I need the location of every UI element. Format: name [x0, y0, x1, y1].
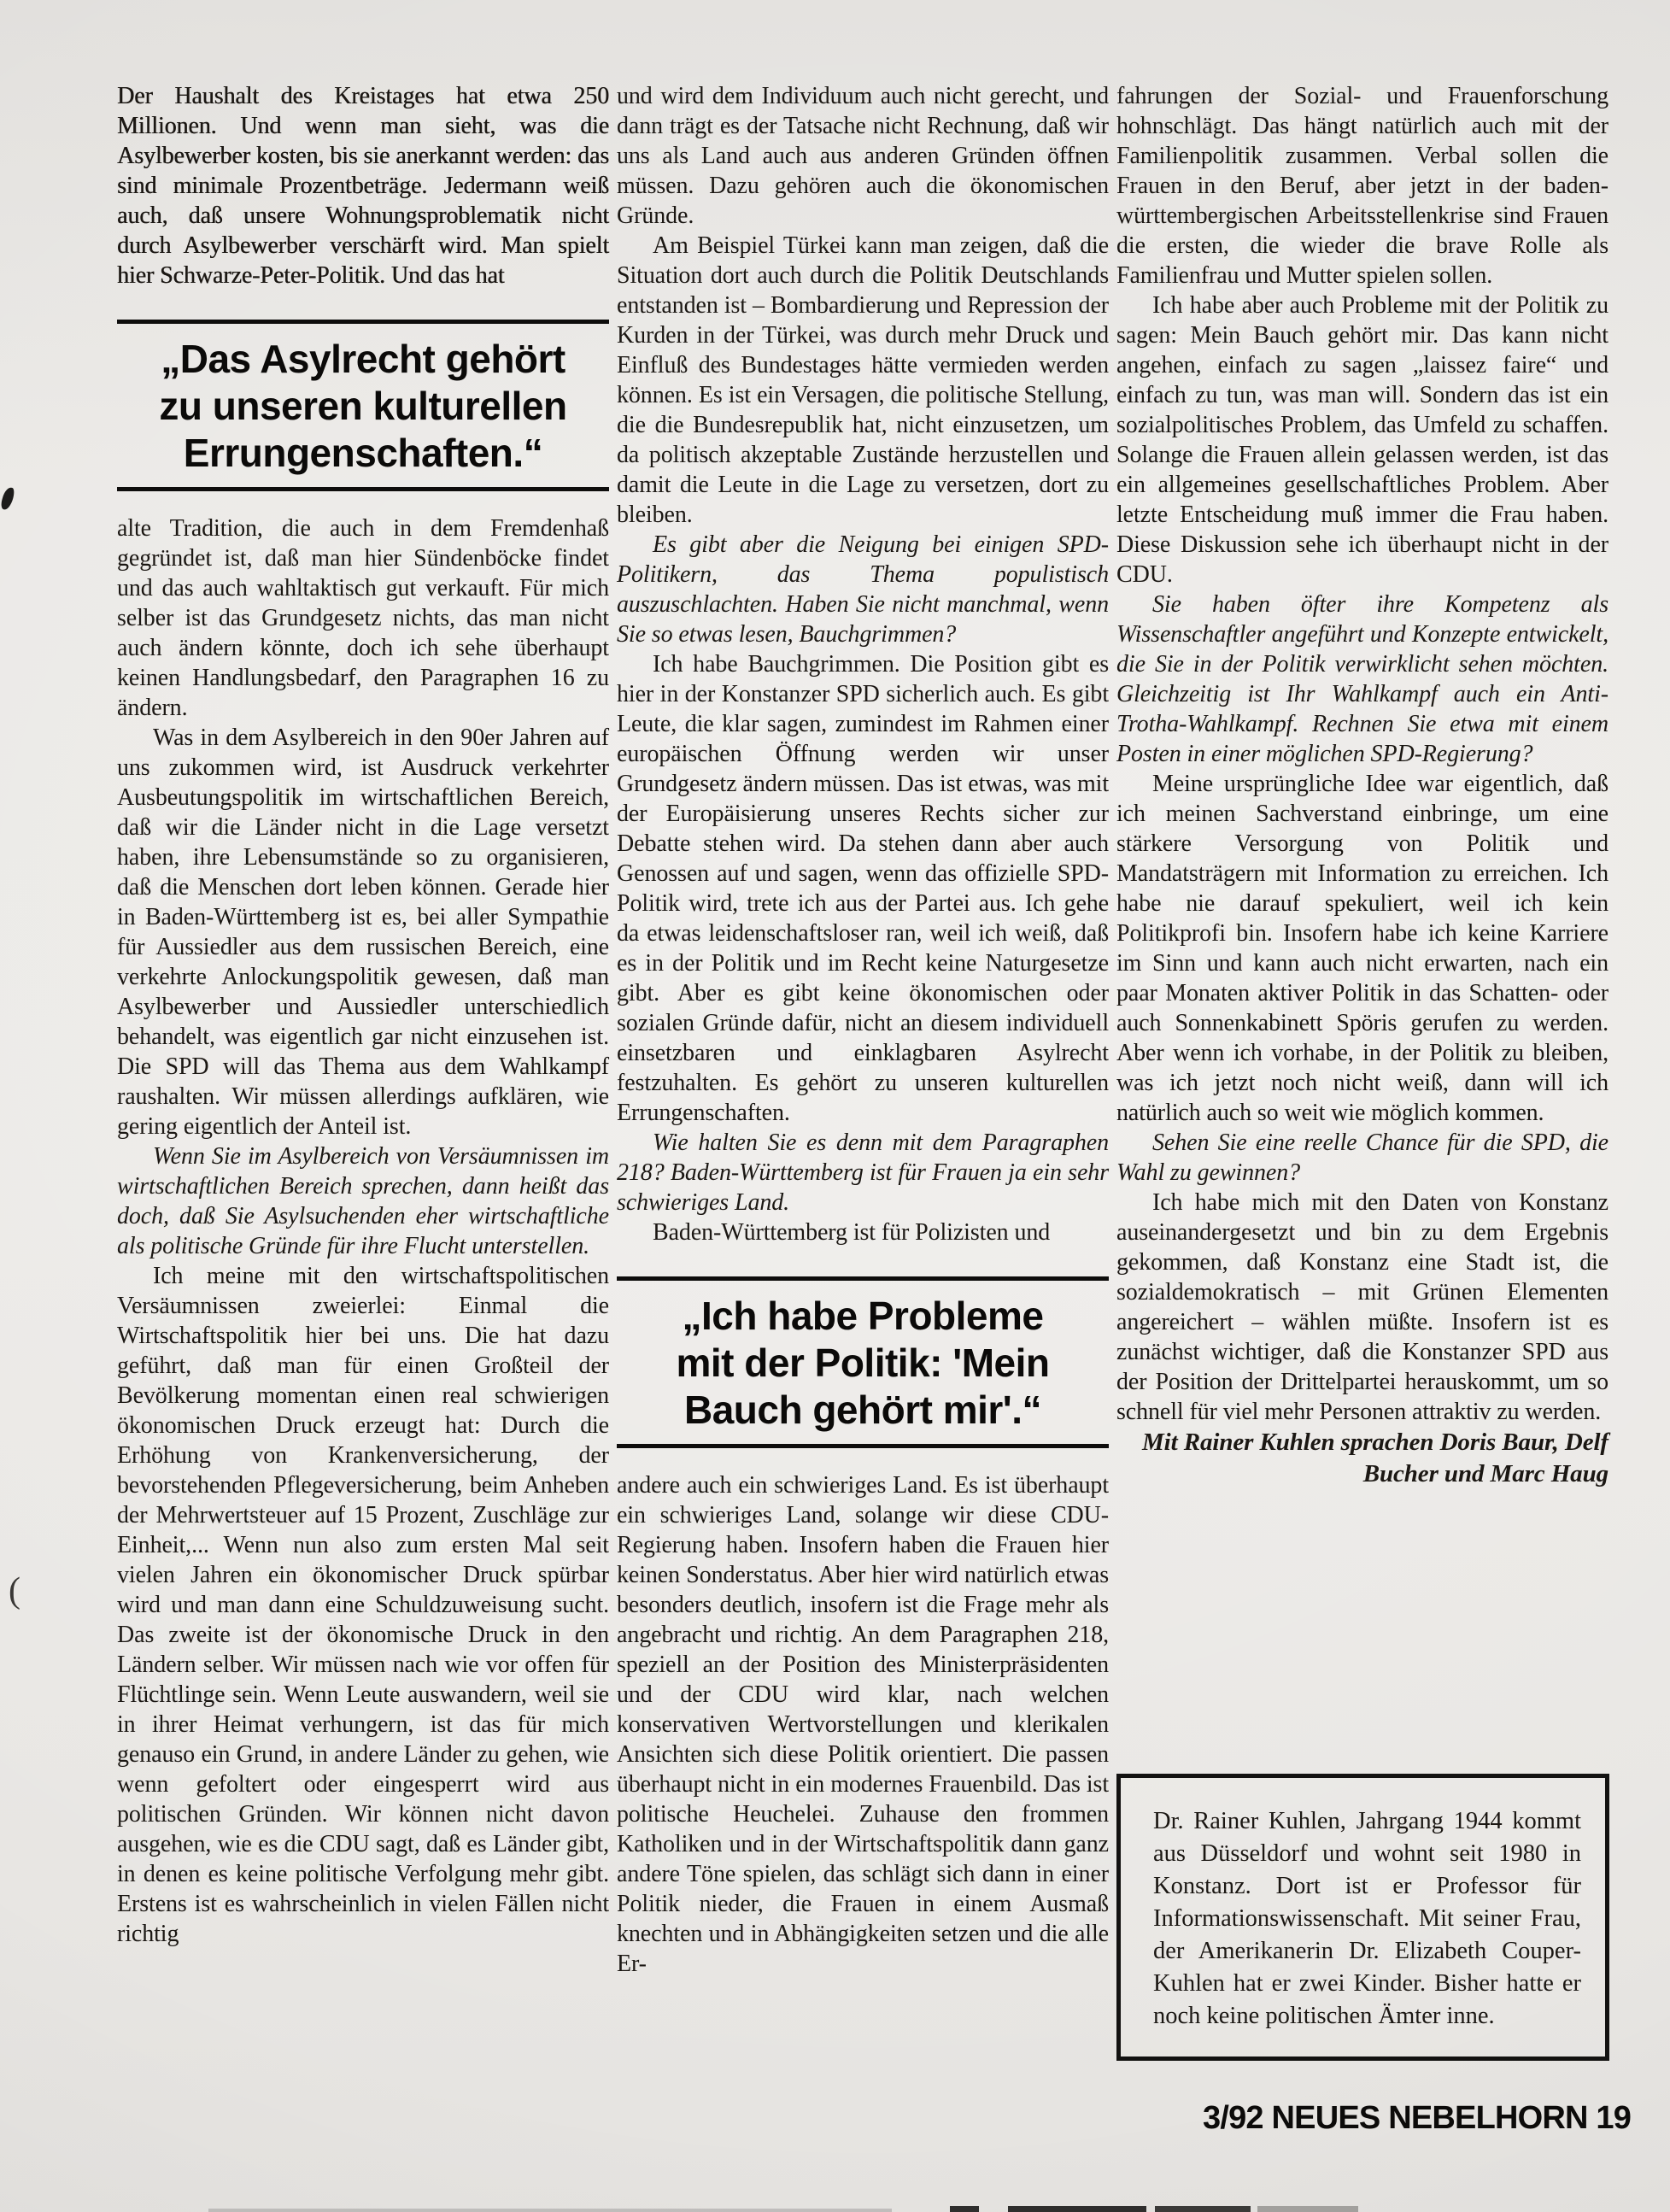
interview-question: Es gibt aber die Neigung bei einigen SPD…	[617, 530, 1109, 649]
page-footer: 3/92 NEUES NEBELHORN 19	[1203, 2100, 1631, 2137]
interview-question: Sie haben öfter ihre Kompetenz als Wisse…	[1116, 590, 1608, 769]
answer-paragraph: Meine ursprüngliche Idee war eigentlich,…	[1116, 769, 1608, 1128]
answer-paragraph: andere auch ein schwieriges Land. Es ist…	[617, 1470, 1109, 1979]
scan-blob-artifact	[0, 486, 15, 511]
answer-paragraph: fahrungen der Sozial- und Frauenforschun…	[1116, 81, 1608, 290]
answer-paragraph: Baden-Württemberg ist für Polizisten und	[617, 1217, 1109, 1247]
interview-byline: Mit Rainer Kuhlen sprachen Doris Baur, D…	[1116, 1427, 1608, 1490]
author-bio-box: Dr. Rainer Kuhlen, Jahrgang 1944 kommt a…	[1116, 1774, 1609, 2061]
scan-edge-strip	[1008, 2206, 1146, 2212]
interview-question: Wenn Sie im Asylbereich von Versäumnisse…	[117, 1141, 609, 1261]
answer-paragraph: alte Tradition, die auch in dem Fremdenh…	[117, 513, 609, 723]
text-column-3: fahrungen der Sozial- und Frauenforschun…	[1116, 81, 1608, 1490]
answer-paragraph: Am Beispiel Türkei kann man zeigen, daß …	[617, 231, 1109, 530]
answer-paragraph: Ich habe mich mit den Daten von Konstanz…	[1116, 1188, 1608, 1427]
bio-text: Dr. Rainer Kuhlen, Jahrgang 1944 kommt a…	[1153, 1808, 1581, 2029]
text-column-2: und wird dem Individuum auch nicht gerec…	[617, 81, 1109, 1979]
answer-paragraph: Was in dem Asylbereich in den 90er Jahre…	[117, 723, 609, 1141]
answer-paragraph: Ich habe aber auch Probleme mit der Poli…	[1116, 290, 1608, 590]
scan-edge-strip	[950, 2206, 979, 2212]
interview-question: Wie halten Sie es denn mit dem Paragraph…	[617, 1128, 1109, 1217]
text-column-1: Der Haushalt des Kreistages hat etwa 250…	[117, 81, 609, 1949]
answer-paragraph: und wird dem Individuum auch nicht gerec…	[617, 81, 1109, 231]
answer-paragraph: Ich habe Bauchgrimmen. Die Position gibt…	[617, 649, 1109, 1128]
scan-paren-artifact	[9, 1570, 26, 1610]
magazine-page: Der Haushalt des Kreistages hat etwa 250…	[0, 0, 1670, 2212]
answer-paragraph: Ich meine mit den wirtschaftspolitischen…	[117, 1261, 609, 1949]
scan-edge-strip	[1257, 2206, 1358, 2212]
scan-edge-strip	[208, 2209, 892, 2212]
pull-quote-asylrecht: „Das Asylrecht gehört zu unseren kulture…	[117, 320, 609, 491]
pull-quote-bauch: „Ich habe Probleme mit der Politik: 'Mei…	[617, 1276, 1109, 1448]
interview-question: Sehen Sie eine reelle Chance für die SPD…	[1116, 1128, 1608, 1188]
answer-paragraph: Der Haushalt des Kreistages hat etwa 250…	[117, 81, 609, 290]
scan-edge-strip	[1155, 2206, 1251, 2212]
